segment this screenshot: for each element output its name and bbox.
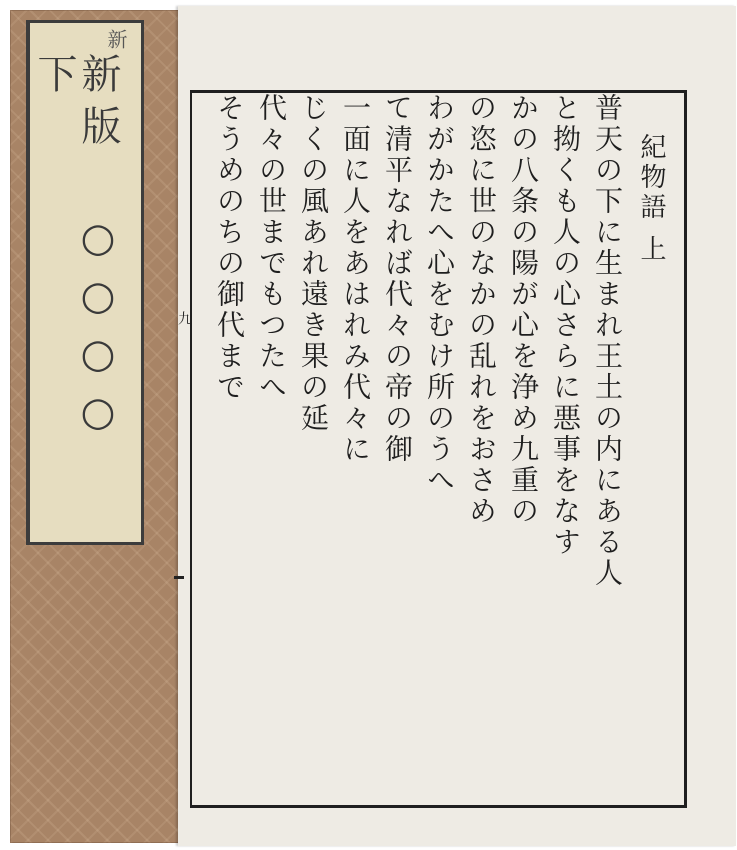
text-column: と拗くも人の心さらに悪事をなす	[544, 93, 586, 805]
title-slip: 新 新版 ○○○○ 下	[26, 20, 144, 545]
text-column: 代々の世までもつたへ	[250, 93, 292, 805]
text-column: 普天の下に生まれ王土の内にある人	[586, 93, 628, 805]
text-column: わがかたへ心をむけ所のうへ	[418, 93, 460, 805]
text-page: 九 紀物語 上 普天の下に生まれ王土の内にある人と拗くも人の心さらに悪事をなすか…	[178, 6, 736, 846]
text-column: の恣に世のなかの乱れをおさめ	[460, 93, 502, 805]
body-text: 普天の下に生まれ王土の内にある人と拗くも人の心さらに悪事をなすかの八条の陽が心を…	[208, 93, 628, 805]
title-slip-text: 新版 ○○○○ 下	[50, 53, 120, 542]
fold-mark	[174, 576, 184, 579]
text-column: そうめのちの御代まで	[208, 93, 250, 805]
text-column: 一面に人をあはれみ代々に	[334, 93, 376, 805]
title-slip-prefix: 新	[102, 29, 131, 49]
text-column: じくの風あれ遠き果の延	[292, 93, 334, 805]
chapter-title: 紀物語 上	[633, 93, 670, 265]
text-frame: 紀物語 上 普天の下に生まれ王土の内にある人と拗くも人の心さらに悪事をなすかの八…	[190, 90, 687, 808]
text-column: て清平なれば代々の帝の御	[376, 93, 418, 805]
text-column: かの八条の陽が心を浄め九重の	[502, 93, 544, 805]
